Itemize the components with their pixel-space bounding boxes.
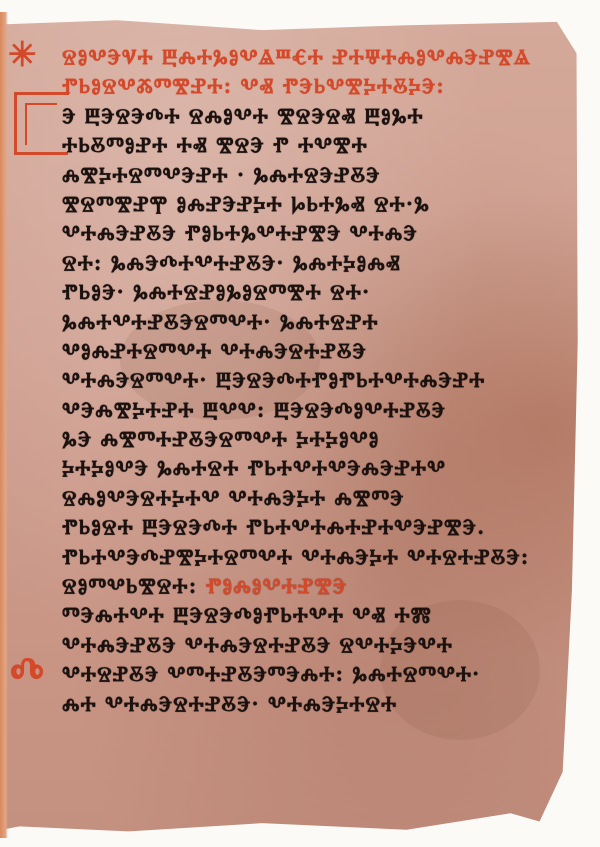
text-line-rubric: ⰒⰓⰑⰔⰂⰆⰕⰊⰐⰀ: ⰂⰟ ⰒⰅⰓⰂⰊⰍⰀⰋⰍⰅ: [62,71,582,100]
text-line: ⰂⰀⰔⰐⰋⰅ ⰂⰕⰀⰐⰋⰅⰕⰅⰎⰀ: ⰃⰎⰀⰔⰕⰂⰀ· [62,659,582,688]
text-line: ⰍⰀⰍⰑⰂⰅ ⰃⰎⰀⰔⰀ ⰒⰓⰀⰂⰀⰂⰅⰎⰅⰐⰀⰂ [62,453,582,482]
text-line: ⰔⰀ: ⰃⰎⰅⰄⰀⰂⰀⰐⰋⰅ· ⰃⰎⰀⰍⰑⰎⰟ [62,248,582,277]
text-line: ⰒⰓⰀⰂⰅⰄⰐⰊⰍⰀⰔⰕⰂⰀ ⰂⰀⰎⰅⰍⰀ ⰂⰀⰔⰀⰐⰋⰅ: [62,542,582,571]
text-line: ⰔⰎⰑⰂⰅⰔⰀⰍⰀⰂ ⰂⰀⰎⰅⰍⰀ ⰎⰊⰕⰅ [62,483,582,512]
red-star-ornament-icon: ✳ [8,38,37,72]
red-initial-bottom: Ⰴ [10,652,44,692]
text-line: ⰀⰓⰋⰕⰑⰐⰀ ⰀⰟ ⰊⰔⰅ Ⱂ ⰀⰂⰊⰀ [62,130,582,159]
binding-edge [0,12,8,838]
red-initial-top [14,92,69,153]
text-line: ⰂⰑⰎⰐⰀⰔⰕⰂⰀ ⰂⰀⰎⰅⰔⰀⰐⰋⰅ [62,336,582,365]
text-line: ⰃⰎⰀⰂⰀⰐⰋⰅⰔⰕⰂⰀ· ⰃⰎⰀⰔⰐⰀ [62,307,582,336]
text-line: ⰊⰔⰕⰊⰐⰉ ⰑⰎⰐⰅⰐⰍⰀ ⰘⰓⰀⰃⰟ ⰔⰀ·Ⰳ [62,189,582,218]
text-line: ⰕⰅⰎⰀⰂⰀ ⰁⰅⰔⰅⰄⰑⰒⰓⰀⰂⰀ ⰂⰟ ⰀⰏ [62,600,582,629]
rubric-segment: ⰒⰑⰎⰑⰂⰀⰐⰊⰅ [206,573,348,598]
text-line: Ⰵ ⰁⰅⰔⰅⰄⰀ ⰔⰎⰑⰂⰀ ⰊⰔⰅⰔⰟ ⰁⰑⰃⰀ [62,101,582,130]
text-line-rubric: ⰔⰑⰂⰅⰜⰀ ⰁⰎⰀⰃⰑⰂⰡⰞⰤⰀ ⰐⰀⰛⰀⰎⰑⰂⰎⰅⰐⰊⰡ [62,42,582,71]
text-line: ⰂⰅⰎⰊⰍⰀⰐⰀ ⰁⰂⰂ: ⰁⰅⰔⰅⰄⰑⰂⰀⰐⰋⰅ [62,395,582,424]
text-line: ⰂⰀⰎⰅⰐⰋⰅ ⰒⰑⰓⰀⰃⰂⰀⰐⰊⰅ ⰂⰀⰎⰅ [62,218,582,247]
text-segment: ⰔⰑⰕⰂⰓⰊⰔⰀ: [62,573,197,598]
text-line: ⰒⰓⰑⰅ· ⰃⰎⰀⰔⰐⰑⰃⰑⰔⰕⰊⰀ ⰔⰀ· [62,277,582,306]
text-line: ⰂⰀⰎⰅⰔⰕⰂⰀ· ⰁⰅⰔⰅⰄⰀⰒⰑⰒⰓⰀⰂⰀⰎⰅⰐⰀ [62,365,582,394]
text-line: ⰃⰅ ⰎⰊⰕⰀⰐⰋⰅⰔⰕⰂⰀ ⰍⰀⰍⰑⰂⰑ [62,424,582,453]
text-line: ⰂⰀⰎⰅⰐⰋⰅ ⰂⰀⰎⰅⰔⰀⰐⰋⰅ ⰔⰂⰀⰍⰅⰂⰀ [62,630,582,659]
text-line: ⰎⰀ ⰂⰀⰎⰅⰔⰀⰐⰋⰅ· ⰂⰀⰎⰅⰍⰀⰔⰀ [62,689,582,718]
text-line-with-rubric: ⰔⰑⰕⰂⰓⰊⰔⰀ: ⰒⰑⰎⰑⰂⰀⰐⰊⰅ [62,571,582,600]
manuscript-text-block: ⰔⰑⰂⰅⰜⰀ ⰁⰎⰀⰃⰑⰂⰡⰞⰤⰀ ⰐⰀⰛⰀⰎⰑⰂⰎⰅⰐⰊⰡ ⰒⰓⰑⰔⰂⰆⰕⰊⰐ… [62,42,582,718]
text-line: ⰎⰊⰍⰀⰔⰕⰂⰅⰐⰀ · ⰃⰎⰀⰔⰅⰐⰋⰅ [62,160,582,189]
text-line: ⰒⰓⰑⰔⰀ ⰁⰅⰔⰅⰄⰀ ⰒⰓⰀⰂⰀⰎⰀⰐⰀⰂⰅⰐⰊⰅ. [62,512,582,541]
